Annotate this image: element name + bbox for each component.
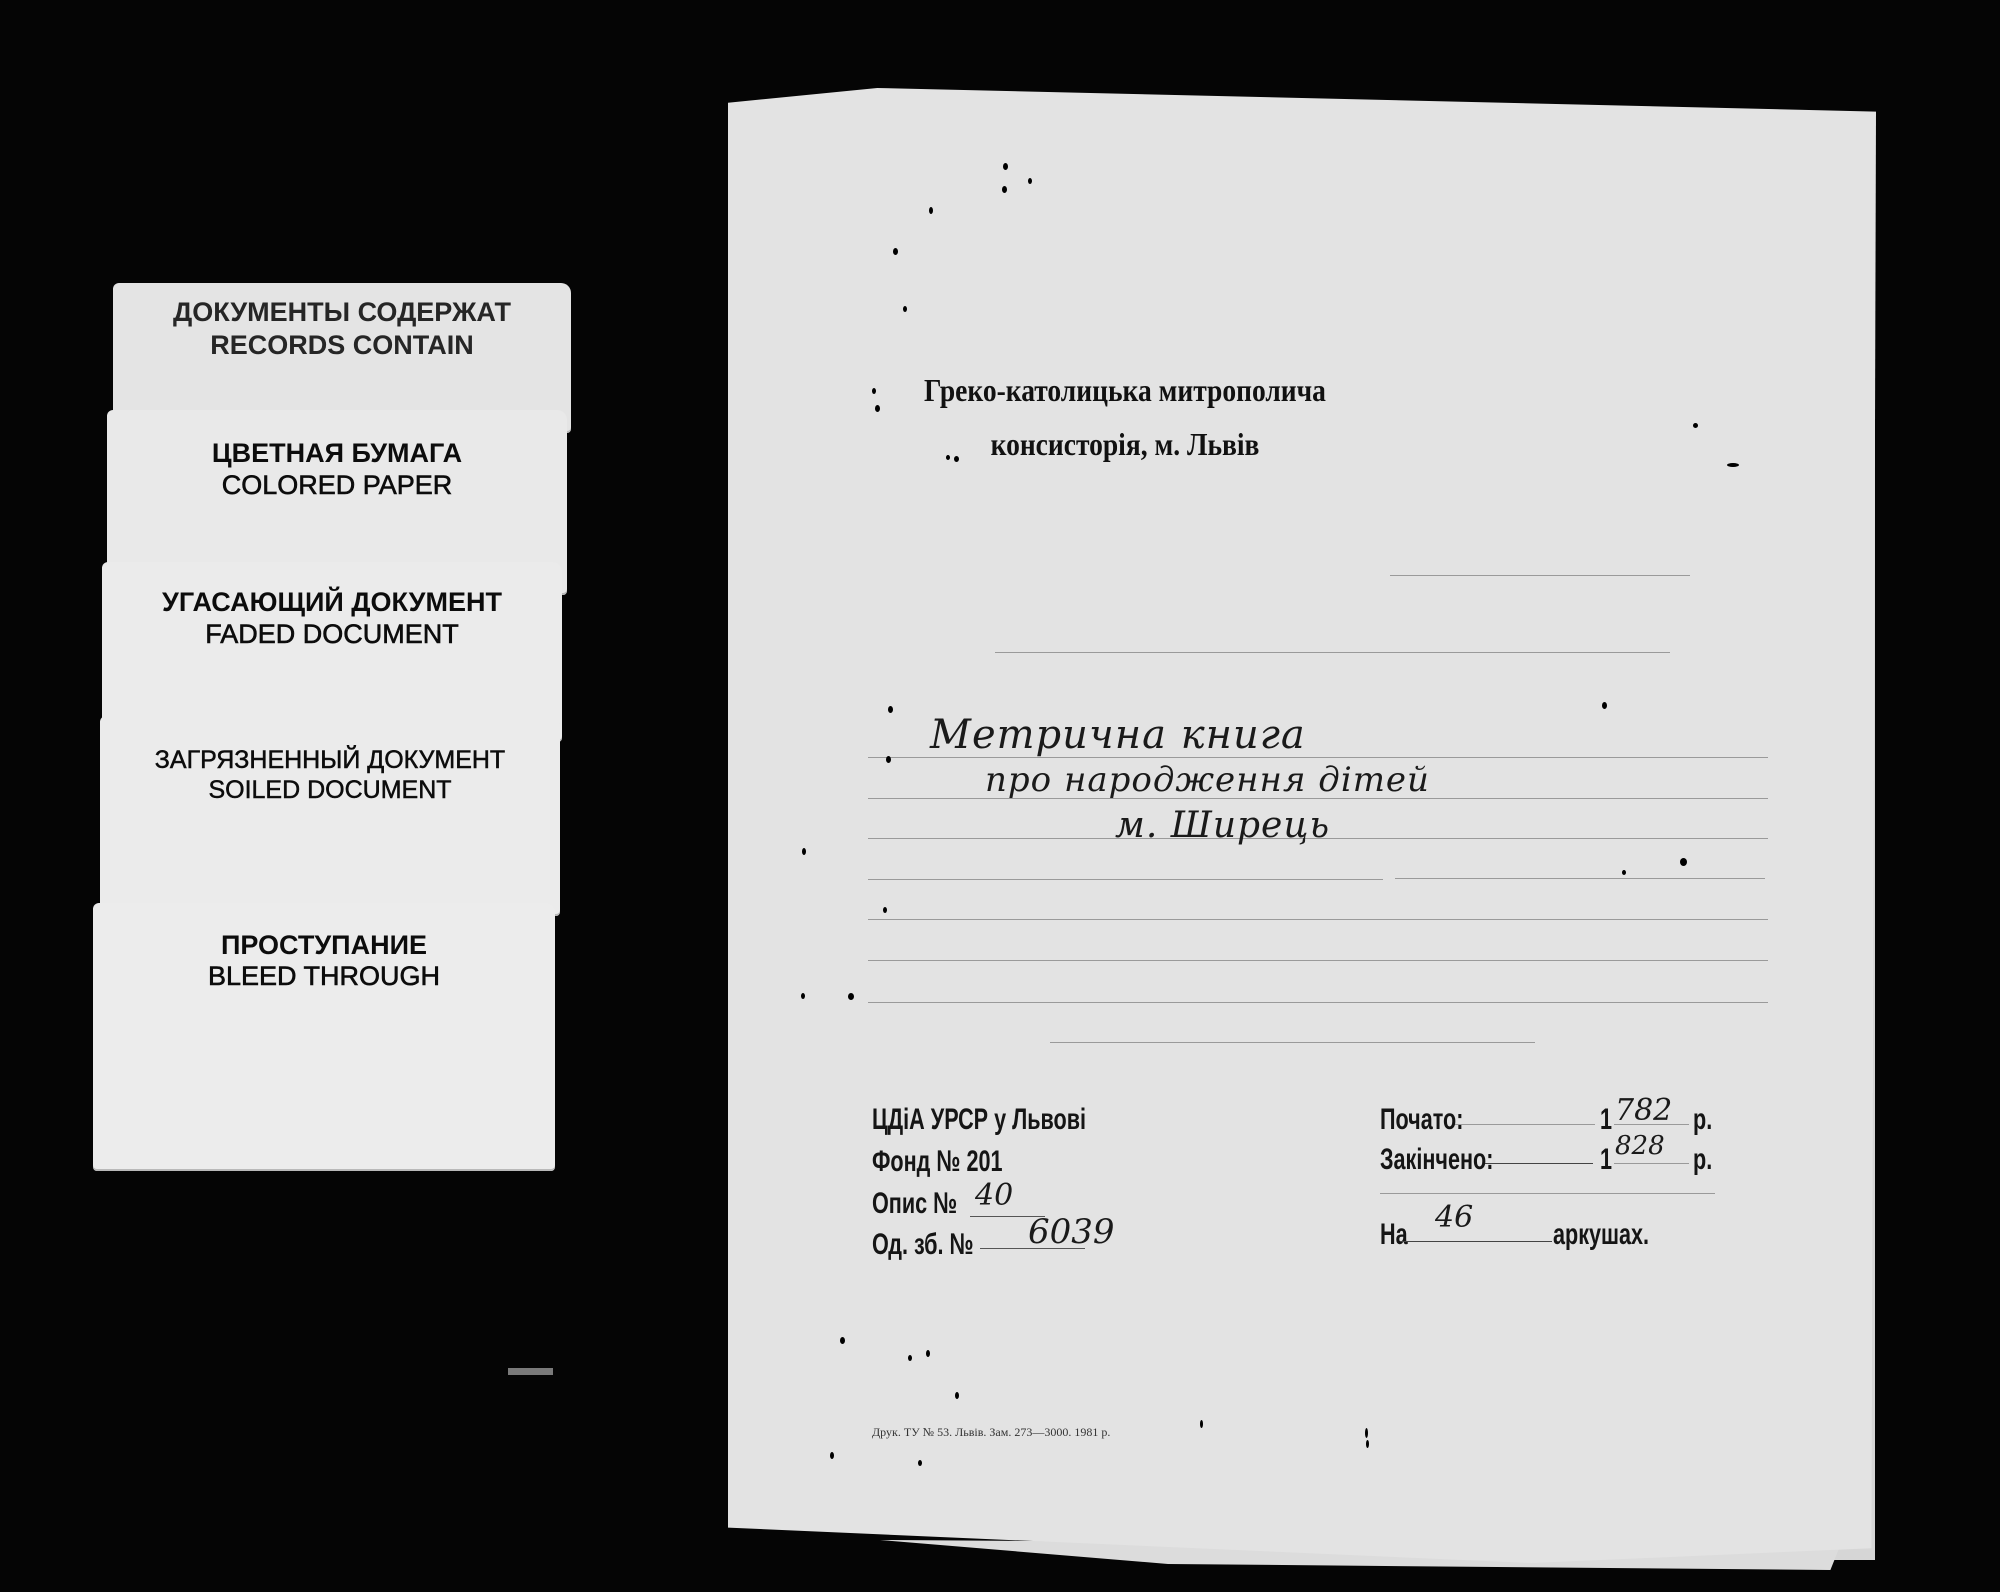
started-suffix: р.: [1693, 1103, 1712, 1137]
rule-line: [1050, 1042, 1535, 1043]
rule-line: [1380, 1193, 1715, 1194]
card-label-en: COLORED PAPER: [107, 470, 567, 501]
speck: [872, 388, 876, 394]
ended-suffix: р.: [1693, 1143, 1712, 1177]
card-label-en: FADED DOCUMENT: [102, 619, 562, 650]
speck: [888, 706, 893, 713]
speck: [1622, 870, 1626, 875]
opys-label: Опис №: [872, 1187, 957, 1221]
print-info: Друк. ТУ № 53. Львів. Зам. 273—3000. 198…: [872, 1425, 1110, 1440]
warning-card-soiled-document: ЗАГРЯЗНЕННЫЙ ДОКУМЕНТ SOILED DOCUMENT: [100, 716, 560, 916]
started-underline: [1455, 1124, 1595, 1125]
speck: [875, 405, 880, 412]
speck: [929, 207, 933, 214]
item-label: Од. зб. №: [872, 1228, 974, 1262]
started-label: Почато:: [1380, 1103, 1463, 1137]
ended-underline: [1485, 1163, 1593, 1164]
card-label-en: SOILED DOCUMENT: [100, 776, 560, 805]
ended-year-underline: [1614, 1163, 1689, 1164]
speck: [1365, 1428, 1368, 1438]
fond-value: 201: [966, 1145, 1002, 1178]
speck: [946, 455, 950, 460]
speck: [1727, 463, 1739, 467]
handwritten-title-line-3: м. Ширець: [1115, 805, 1330, 846]
rule-line: [868, 1002, 1768, 1003]
card-label-ru: ЗАГРЯЗНЕННЫЙ ДОКУМЕНТ: [100, 746, 560, 775]
card-label-en: BLEED THROUGH: [93, 961, 555, 992]
opys-value: 40: [975, 1178, 1013, 1213]
fond-label-text: Фонд №: [872, 1145, 960, 1178]
speck: [848, 993, 854, 1000]
rule-line: [868, 879, 1383, 880]
speck: [802, 848, 806, 855]
ended-label: Закінчено:: [1380, 1143, 1493, 1177]
warning-card-bleed-through: ПРОСТУПАНИЕ BLEED THROUGH: [93, 903, 555, 1171]
started-year-underline: [1614, 1124, 1689, 1125]
card-label-en: RECORDS CONTAIN: [113, 330, 571, 361]
sheets-underline: [1400, 1241, 1552, 1242]
speck: [1366, 1440, 1369, 1448]
speck: [1693, 423, 1698, 428]
ended-prefix: 1: [1600, 1143, 1612, 1177]
archive-name: ЦДіА УРСР у Львові: [872, 1103, 1086, 1137]
sheets-prefix: На: [1380, 1218, 1408, 1252]
speck: [830, 1452, 834, 1459]
handwritten-title-line-1: Метрична книга: [930, 712, 1306, 758]
institution-line-1: Греко-католицька митрополича: [467, 372, 1783, 409]
ended-year: 828: [1615, 1131, 1665, 1161]
speck: [1028, 178, 1032, 184]
card-label-ru: ПРОСТУПАНИЕ: [93, 930, 555, 961]
rule-line: [868, 919, 1768, 920]
speck: [1200, 1420, 1203, 1428]
card-label-ru: ДОКУМЕНТЫ СОДЕРЖАТ: [113, 297, 571, 328]
speck: [893, 248, 898, 255]
item-value: 6039: [1028, 1212, 1115, 1252]
rule-line: [868, 960, 1768, 961]
speck: [1680, 858, 1687, 866]
started-prefix: 1: [1600, 1103, 1612, 1137]
speck: [1002, 186, 1007, 193]
scanner-artifact: [508, 1368, 553, 1375]
speck: [908, 1355, 912, 1361]
rule-line: [1390, 575, 1690, 576]
card-label-ru: УГАСАЮЩИЙ ДОКУМЕНТ: [102, 587, 562, 618]
speck: [886, 756, 891, 763]
rule-line: [995, 652, 1670, 653]
sheets-suffix: аркушах.: [1553, 1218, 1649, 1252]
sheets-value: 46: [1435, 1200, 1473, 1235]
speck: [926, 1350, 930, 1357]
speck: [1602, 702, 1607, 709]
warning-card-faded-document: УГАСАЮЩИЙ ДОКУМЕНТ FADED DOCUMENT: [102, 562, 562, 742]
speck: [801, 993, 805, 999]
speck: [1003, 163, 1008, 170]
speck: [903, 306, 907, 312]
rule-line: [1395, 878, 1765, 879]
speck: [918, 1460, 922, 1466]
speck: [955, 1392, 959, 1399]
institution-line-2: консисторія, м. Львів: [467, 426, 1783, 463]
speck: [954, 456, 959, 462]
speck: [840, 1337, 845, 1344]
started-year: 782: [1615, 1093, 1672, 1128]
speck: [883, 907, 887, 913]
handwritten-title-line-2: про народження дітей: [985, 760, 1430, 800]
fond-label: Фонд № 201: [872, 1145, 1003, 1179]
